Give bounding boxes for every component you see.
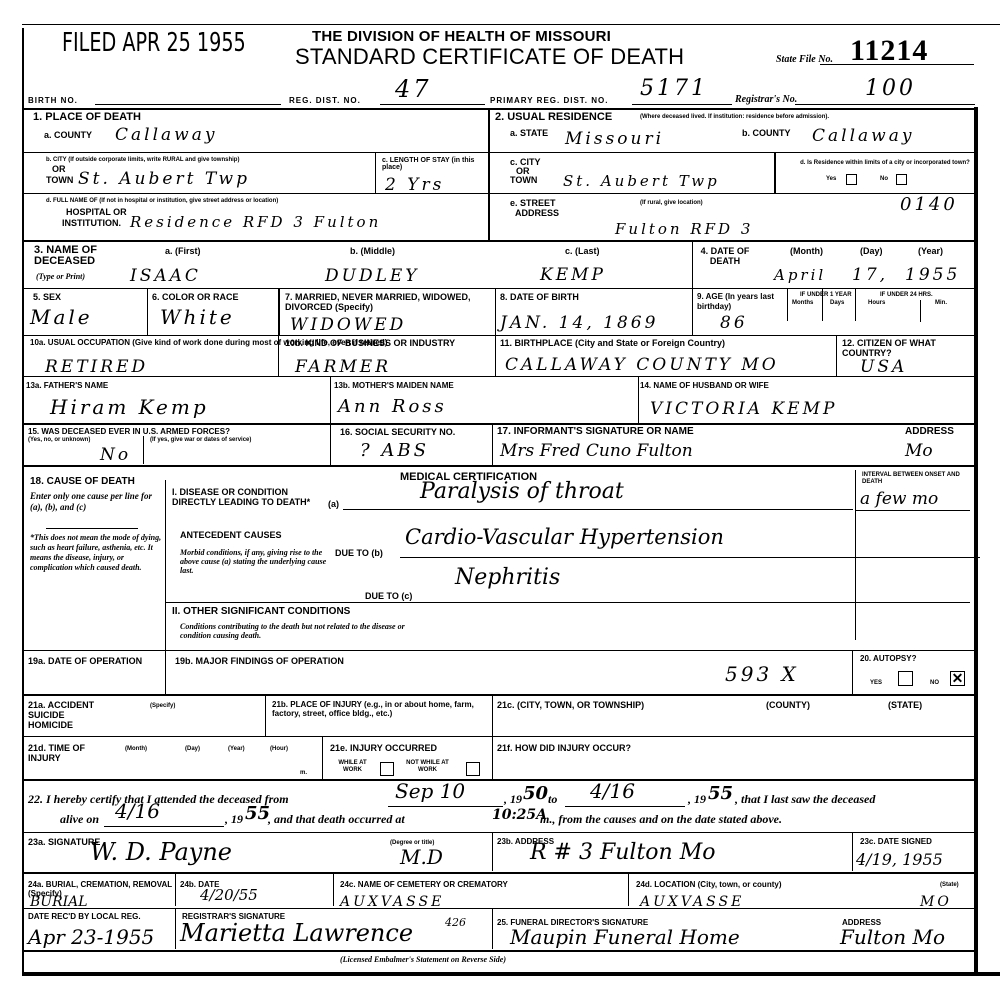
cemetery-label: 24c. NAME OF CEMETERY OR CREMATORY — [340, 880, 508, 890]
dod-month: April — [774, 266, 826, 284]
state-file-number: 11214 — [850, 34, 928, 68]
business: FARMER — [295, 358, 391, 376]
business-label: 10b. KIND OF BUSINESS OR INDUSTRY — [285, 338, 490, 348]
cert-to-year-prefix: , 19 — [688, 792, 706, 807]
res-yes-checkbox[interactable] — [846, 174, 857, 185]
res-address-label: ADDRESS — [515, 208, 559, 218]
autopsy-label: 20. AUTOPSY? — [860, 654, 916, 664]
autopsy-yes-label: YES — [870, 680, 882, 687]
cert-line1-b: , that I last saw the deceased — [735, 792, 875, 807]
residence-heading: 2. USUAL RESIDENCE — [495, 112, 612, 122]
cert-alive-year-prefix: , 19 — [225, 812, 243, 827]
dod-label: 4. DATE OF DEATH — [700, 246, 750, 266]
occupation: RETIRED — [45, 358, 148, 376]
under-day-label: IF UNDER 24 HRS. — [880, 292, 933, 299]
degree: M.D — [400, 850, 443, 865]
res-town: St. Aubert Twp — [563, 172, 720, 190]
birthplace: CALLAWAY COUNTY MO — [505, 356, 779, 374]
res-town-label: TOWN — [510, 175, 537, 185]
race: White — [160, 308, 235, 326]
middle-name-label: b. (Middle) — [350, 246, 395, 256]
registrar-number: 426 — [445, 915, 466, 930]
pod-town-label: TOWN — [46, 175, 73, 185]
cert-to-date: 4/16 — [590, 784, 635, 799]
cert-line2-b: m., from the causes and on the date stat… — [540, 812, 782, 827]
autopsy-no-label: NO — [930, 680, 939, 687]
father: Hiram Kemp — [50, 398, 209, 416]
res-yes-label: Yes — [826, 176, 836, 183]
top-edge — [22, 24, 1000, 25]
cause-footnote: *This does not mean the mode of dying, s… — [30, 533, 165, 573]
res-street: Fulton RFD 3 — [615, 220, 753, 238]
op-date-label: 19a. DATE OF OPERATION — [28, 656, 158, 666]
due-b-label: DUE TO (b) — [335, 548, 383, 558]
dod-day-label: (Day) — [860, 246, 883, 256]
registrar-signature: Marietta Lawrence — [180, 926, 413, 941]
registrar-no: 100 — [865, 80, 916, 98]
op-findings-label: 19b. MAJOR FINDINGS OF OPERATION — [175, 656, 344, 666]
footer-note: (Licensed Embalmer's Statement on Revers… — [340, 955, 506, 964]
cert-occurred-at: , and that death occurred at — [268, 812, 405, 827]
under-year-label: IF UNDER 1 YEAR — [800, 292, 852, 299]
cert-time: 10:25A — [492, 808, 547, 823]
line-a-label: (a) — [328, 499, 339, 509]
physician-signature: W. D. Payne — [90, 845, 232, 860]
cert-to-year: 55 — [708, 786, 733, 801]
cert-alive-date: 4/16 — [115, 804, 160, 819]
spouse: VICTORIA KEMP — [650, 400, 837, 418]
name-type-note: (Type or Print) — [36, 272, 85, 281]
registrar-no-label: Registrar's No. — [735, 95, 797, 104]
last-name: KEMP — [540, 266, 606, 284]
pod-hospital-label: d. FULL NAME OF (If not in hospital or i… — [46, 198, 278, 205]
birthplace-label: 11. BIRTHPLACE (City and State or Foreig… — [500, 338, 725, 348]
dob-label: 8. DATE OF BIRTH — [500, 292, 579, 302]
dod-year: 1955 — [905, 266, 960, 284]
dod-year-label: (Year) — [918, 246, 943, 256]
pod-city-or: OR — [52, 164, 66, 174]
informant: Mrs Fred Cuno Fulton — [500, 444, 693, 459]
informant-address-label: ADDRESS — [905, 427, 954, 437]
at-work-checkbox[interactable] — [380, 762, 394, 776]
pod-hospital-label2: HOSPITAL OR — [66, 207, 127, 217]
recd-date: Apr 23-1955 — [28, 930, 154, 945]
interval-label: INTERVAL BETWEEN ONSET AND DEATH — [862, 472, 972, 486]
not-at-work-label: NOT WHILE AT WORK — [400, 760, 455, 774]
left-edge — [22, 28, 24, 108]
armed-label: 15. WAS DECEASED EVER IN U.S. ARMED FORC… — [28, 427, 230, 437]
injury-county-label: (COUNTY) — [766, 700, 810, 710]
cause-b: Cardio-Vascular Hypertension — [405, 530, 724, 545]
middle-name: DUDLEY — [325, 267, 420, 285]
pod-county: Callaway — [115, 126, 217, 144]
res-county: Callaway — [812, 127, 914, 145]
mother: Ann Ross — [338, 398, 447, 416]
reg-dist-no: 47 — [395, 80, 432, 98]
last-name-label: c. (Last) — [565, 246, 600, 256]
res-county-label: b. COUNTY — [742, 128, 791, 138]
pod-stay: 2 Yrs — [385, 176, 444, 194]
cert-to-word: to — [548, 792, 557, 807]
antecedent-label: ANTECEDENT CAUSES — [180, 530, 282, 540]
autopsy-no-checkbox[interactable]: ✕ — [950, 671, 965, 686]
armed-note1: (Yes, no, or unknown) — [28, 437, 90, 444]
injury-day-label: (Day) — [185, 746, 200, 753]
cert-from-date: Sep 10 — [395, 784, 465, 799]
res-state: Missouri — [565, 130, 664, 148]
other-conditions-note: Conditions contributing to the death but… — [180, 622, 430, 640]
icd-code: 593 X — [725, 665, 799, 683]
residence-heading-note: (Where deceased lived. If institution: r… — [640, 114, 829, 121]
citizen: USA — [860, 358, 907, 376]
pod-hospital: Residence RFD 3 Fulton — [130, 213, 381, 231]
spouse-label: 14. NAME OF HUSBAND OR WIFE — [640, 381, 769, 391]
cert-from-year: 50 — [523, 786, 548, 801]
marital-label: 7. MARRIED, NEVER MARRIED, WIDOWED, DIVO… — [285, 292, 495, 312]
interval-a: a few mo — [860, 492, 938, 507]
cert-alive-year: 55 — [245, 806, 270, 821]
date-signed-label: 23c. DATE SIGNED — [860, 837, 932, 847]
reg-dist-label: REG. DIST. NO. — [289, 96, 361, 106]
race-label: 6. COLOR OR RACE — [152, 292, 239, 302]
cause-note: Enter only one cause per line for (a), (… — [30, 491, 165, 513]
dod-month-label: (Month) — [790, 246, 823, 256]
cert-year-prefix: , 19 — [504, 792, 522, 807]
location-state-label: (State) — [940, 882, 959, 889]
primary-reg-label: PRIMARY REG. DIST. NO. — [490, 96, 608, 106]
birth-no-label: BIRTH NO. — [28, 96, 78, 106]
marital: WIDOWED — [290, 316, 406, 334]
pod-town: St. Aubert Twp — [78, 170, 250, 188]
autopsy-yes-checkbox[interactable] — [898, 671, 913, 686]
name-heading: 3. NAME OF DECEASED — [34, 245, 134, 267]
injury-place-label: 21b. PLACE OF INJURY (e.g., in or about … — [272, 700, 487, 718]
pod-hospital-label3: INSTITUTION. — [62, 218, 121, 228]
pod-stay-label: c. LENGTH OF STAY (in this place) — [382, 157, 486, 171]
cert-alive-on: alive on — [60, 812, 99, 827]
injury-year-label: (Year) — [228, 746, 245, 753]
cause-label: 18. CAUSE OF DEATH — [30, 477, 135, 487]
injury-time-label: 21d. TIME OF INJURY — [28, 743, 88, 763]
injury-how-label: 21f. HOW DID INJURY OCCUR? — [497, 743, 631, 753]
res-no-label: No — [880, 176, 888, 183]
min-label: Min. — [935, 300, 947, 307]
armed: No — [100, 446, 131, 464]
days-label: Days — [830, 300, 844, 307]
pod-city-label: b. CITY (If outside corporate limits, wr… — [46, 157, 239, 164]
res-limits-label: d. Is Residence within limits of a city … — [800, 160, 970, 167]
sex: Male — [30, 308, 93, 326]
injury-occurred-label: 21e. INJURY OCCURRED — [330, 743, 437, 753]
first-name: ISAAC — [130, 267, 201, 285]
disease-label: I. DISEASE OR CONDITION DIRECTLY LEADING… — [172, 487, 322, 507]
filed-stamp: FILED APR 25 1955 — [62, 28, 246, 58]
injury-state-label: (STATE) — [888, 700, 922, 710]
other-conditions-label: II. OTHER SIGNIFICANT CONDITIONS — [172, 607, 350, 617]
injury-hour-label: (Hour) — [270, 746, 288, 753]
father-label: 13a. FATHER'S NAME — [26, 381, 108, 391]
informant-label: 17. INFORMANT'S SIGNATURE OR NAME — [497, 427, 694, 437]
cause-c: Nephritis — [455, 570, 560, 585]
funeral-director-signature: Maupin Funeral Home — [510, 930, 740, 945]
res-no-checkbox[interactable] — [896, 174, 907, 185]
at-work-label: WHILE AT WORK — [330, 760, 375, 774]
injury-m-label: m. — [300, 770, 307, 777]
ssn-label: 16. SOCIAL SECURITY NO. — [340, 427, 490, 437]
res-street-label: e. STREET — [510, 198, 556, 208]
cause-a: Paralysis of throat — [420, 484, 624, 499]
division-heading: THE DIVISION OF HEALTH OF MISSOURI — [312, 28, 611, 45]
location-label: 24d. LOCATION (City, town, or county) — [636, 880, 781, 890]
age-label: 9. AGE (In years last birthday) — [697, 292, 775, 312]
mother-label: 13b. MOTHER'S MAIDEN NAME — [334, 381, 454, 391]
first-name-label: a. (First) — [165, 246, 201, 256]
citizen-label: 12. CITIZEN OF WHAT COUNTRY? — [842, 338, 972, 358]
res-code: 0140 — [900, 196, 958, 214]
dod-day: 17, — [852, 266, 888, 284]
hours-label: Hours — [868, 300, 885, 307]
res-state-label: a. STATE — [510, 128, 548, 138]
antecedent-note: Morbid conditions, if any, giving rise t… — [180, 548, 335, 575]
not-at-work-checkbox[interactable] — [466, 762, 480, 776]
sex-label: 5. SEX — [33, 292, 61, 302]
ssn: ? ABS — [360, 442, 429, 460]
accident-specify: (Specify) — [150, 703, 175, 710]
pod-county-label: a. COUNTY — [44, 130, 92, 140]
funeral-address: Fulton Mo — [840, 930, 945, 945]
due-c-label: DUE TO (c) — [365, 591, 412, 601]
res-rural-note: (If rural, give location) — [640, 200, 703, 207]
injury-city-label: 21c. (CITY, TOWN, OR TOWNSHIP) — [497, 700, 644, 710]
age: 86 — [720, 314, 748, 332]
place-of-death-heading: 1. PLACE OF DEATH — [33, 112, 141, 122]
recd-label: DATE REC'D BY LOCAL REG. — [28, 912, 141, 922]
burial-date: 4/20/55 — [200, 888, 258, 903]
primary-reg-no: 5171 — [640, 80, 708, 98]
injury-month-label: (Month) — [125, 746, 147, 753]
dob: JAN. 14, 1869 — [500, 314, 658, 332]
armed-note2: (If yes, give war or dates of service) — [150, 437, 251, 444]
accident-label: 21a. ACCIDENT SUICIDE HOMICIDE — [28, 700, 108, 730]
informant-address: Mo — [905, 444, 933, 459]
date-signed: 4/19, 1955 — [856, 852, 943, 867]
months-label: Months — [792, 300, 813, 307]
physician-address: R # 3 Fulton Mo — [530, 845, 715, 860]
certificate-title: STANDARD CERTIFICATE OF DEATH — [295, 44, 684, 70]
